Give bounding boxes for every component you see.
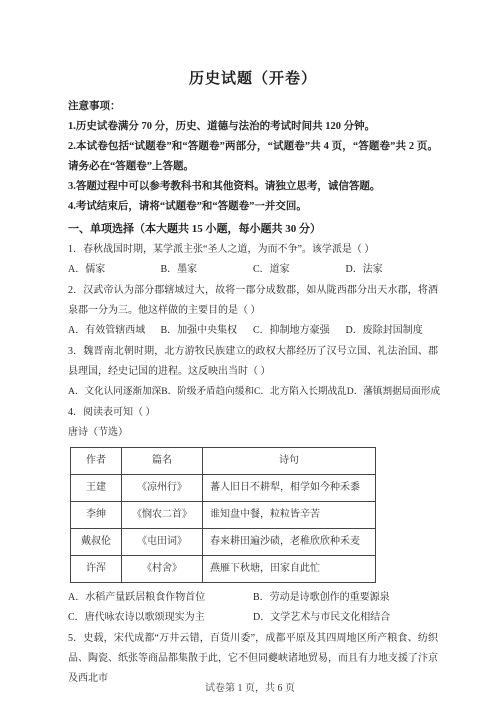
question-4: 4．阅读表可知（ ） 唐诗（节选） 作者 篇名 诗句 王建 《凉州行》 蕃人旧日…	[68, 403, 438, 628]
table-cell-verse: 春来耕田遍沙碛，老稚欣欣种禾麦	[203, 529, 376, 556]
table-cell-verse: 燕雁下秋塘，田家自此忙	[203, 556, 376, 583]
table-cell-title: 《屯田词》	[122, 529, 203, 556]
option-c: C．抑制地方豪强	[253, 321, 346, 341]
question-2-text: 2．汉武帝认为部分郡辖域过大，故将一郡分成数郡，如从陇西郡分出天水郡，将酒泉郡一…	[68, 281, 438, 321]
question-4-text: 4．阅读表可知（ ）	[68, 403, 438, 423]
notice-heading: 注意事项：	[68, 97, 438, 117]
table-row: 李绅 《悯农二首》 谁知盘中餐，粒粒皆辛苦	[71, 502, 376, 529]
exam-title: 历史试题（开卷）	[68, 68, 438, 90]
notice-item-2: 2.本试卷包括“试题卷”和“答题卷”两部分，“试题卷”共 4 页，“答题卷”共 …	[68, 137, 438, 177]
table-row: 戴叔伦 《屯田词》 春来耕田遍沙碛，老稚欣欣种禾麦	[71, 529, 376, 556]
question-3-text: 3．魏晋南北朝时期，北方游牧民族建立的政权大都经历了汉号立国、礼法治国、郡县理国…	[68, 342, 438, 382]
exam-paper-page: 历史试题（开卷） 注意事项： 1.历史试卷满分 70 分，历史、道德与法治的考试…	[0, 0, 500, 707]
question-2: 2．汉武帝认为部分郡辖域过大，故将一郡分成数郡，如从陇西郡分出天水郡，将酒泉郡一…	[68, 281, 438, 341]
option-c: C．北方陷入长期战乱	[254, 382, 347, 402]
question-1-options: A．儒家 B．墨家 C．道家 D．法家	[68, 260, 438, 280]
table-header-author: 作者	[71, 448, 122, 475]
tang-poem-table: 作者 篇名 诗句 王建 《凉州行》 蕃人旧日不耕犁，相学如今种禾黍 李绅 《悯农…	[70, 447, 376, 583]
table-row: 王建 《凉州行》 蕃人旧日不耕犁，相学如今种禾黍	[71, 475, 376, 502]
question-3: 3．魏晋南北朝时期，北方游牧民族建立的政权大都经历了汉号立国、礼法治国、郡县理国…	[68, 342, 438, 402]
section-heading: 一、单项选择（本大题共 15 小题，每小题共 30 分）	[68, 219, 438, 239]
option-c: C．道家	[253, 260, 346, 280]
option-c: C．唐代咏农诗以歌颂现实为主	[68, 608, 253, 628]
option-d: D．文学艺术与市民文化相结合	[253, 608, 438, 628]
notice-block: 注意事项： 1.历史试卷满分 70 分，历史、道德与法治的考试时间共 120 分…	[68, 97, 438, 217]
question-2-options: A．有效管辖西域 B．加强中央集权 C．抑制地方豪强 D．废除封国制度	[68, 321, 438, 341]
table-cell-title: 《村舍》	[122, 556, 203, 583]
page-content: 历史试题（开卷） 注意事项： 1.历史试卷满分 70 分，历史、道德与法治的考试…	[0, 0, 500, 689]
option-d: D．藩镇割据局面形成	[347, 382, 440, 402]
table-cell-title: 《凉州行》	[122, 475, 203, 502]
page-footer: 试卷第 1 页，共 6 页	[0, 679, 500, 694]
poem-table-caption: 唐诗（节选）	[68, 423, 438, 443]
table-cell-title: 《悯农二首》	[122, 502, 203, 529]
question-1: 1．春秋战国时期，某学派主张“圣人之道，为而不争”。该学派是（ ） A．儒家 B…	[68, 240, 438, 280]
table-cell-verse: 蕃人旧日不耕犁，相学如今种禾黍	[203, 475, 376, 502]
question-1-text: 1．春秋战国时期，某学派主张“圣人之道，为而不争”。该学派是（ ）	[68, 240, 438, 260]
table-row: 许浑 《村舍》 燕雁下秋塘，田家自此忙	[71, 556, 376, 583]
table-header-title: 篇名	[122, 448, 203, 475]
option-b: B．阶级矛盾趋向缓和	[161, 382, 254, 402]
option-b: B．劳动是诗歌创作的重要源泉	[253, 588, 438, 608]
table-header-verse: 诗句	[203, 448, 376, 475]
option-b: B．墨家	[161, 260, 254, 280]
notice-item-3: 3.答题过程中可以参考教科书和其他资料。请独立思考，诚信答题。	[68, 177, 438, 197]
table-header-row: 作者 篇名 诗句	[71, 448, 376, 475]
option-b: B．加强中央集权	[161, 321, 254, 341]
option-a: A．文化认同逐渐加深	[68, 382, 161, 402]
notice-item-1: 1.历史试卷满分 70 分，历史、道德与法治的考试时间共 120 分钟。	[68, 117, 438, 137]
table-cell-author: 许浑	[71, 556, 122, 583]
option-a: A．有效管辖西域	[68, 321, 161, 341]
option-d: D．法家	[346, 260, 439, 280]
notice-item-4: 4.考试结束后，请将“试题卷”和“答题卷”一并交回。	[68, 197, 438, 217]
table-cell-author: 王建	[71, 475, 122, 502]
question-3-options: A．文化认同逐渐加深 B．阶级矛盾趋向缓和 C．北方陷入长期战乱 D．藩镇割据局…	[68, 382, 438, 402]
option-a: A．儒家	[68, 260, 161, 280]
table-cell-verse: 谁知盘中餐，粒粒皆辛苦	[203, 502, 376, 529]
question-4-options: A．水稻产量跃居粮食作物首位 B．劳动是诗歌创作的重要源泉 C．唐代咏农诗以歌颂…	[68, 588, 438, 628]
table-cell-author: 戴叔伦	[71, 529, 122, 556]
option-d: D．废除封国制度	[346, 321, 439, 341]
table-cell-author: 李绅	[71, 502, 122, 529]
option-a: A．水稻产量跃居粮食作物首位	[68, 588, 253, 608]
